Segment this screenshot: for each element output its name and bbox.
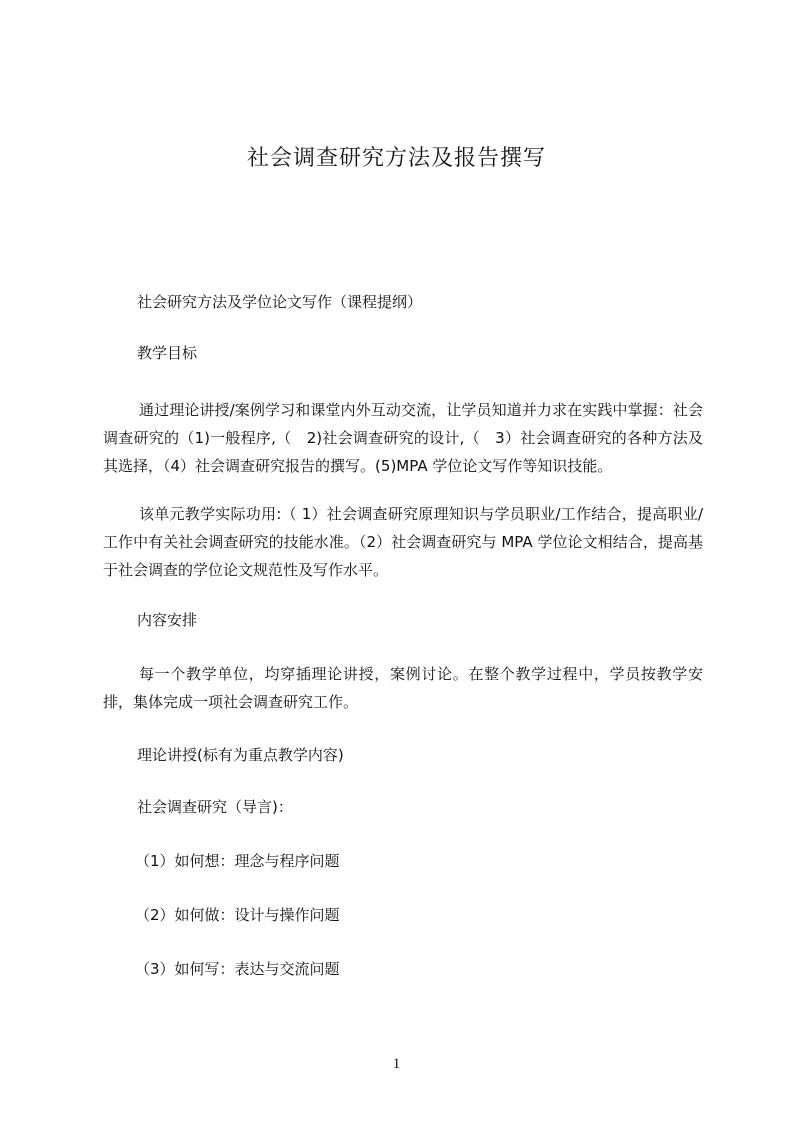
content-paragraph: 每一个教学单位，均穿插理论讲授，案例讨论。在整个教学过程中，学员按教学安排，集体…: [103, 660, 703, 716]
heading-introduction: 社会调查研究（导言)：: [137, 797, 293, 817]
list-item: （1）如何想：理念与程序问题: [135, 851, 340, 871]
course-outline-subtitle: 社会研究方法及学位论文写作（课程提纲）: [137, 292, 422, 312]
heading-theory-lectures: 理论讲授(标有为重点教学内容): [137, 745, 344, 765]
heading-teaching-objectives: 教学目标: [137, 343, 197, 363]
objectives-paragraph: 通过理论讲授/案例学习和课堂内外互动交流，让学员知道并力求在实践中掌握：社会调查…: [103, 396, 703, 480]
function-paragraph: 该单元教学实际功用:（ 1）社会调查研究原理知识与学员职业/工作结合，提高职业/…: [103, 500, 703, 584]
list-item: （2）如何做：设计与操作问题: [135, 905, 340, 925]
list-item: （3）如何写：表达与交流问题: [135, 959, 340, 979]
document-title: 社会调查研究方法及报告撰写: [0, 141, 793, 172]
heading-content-arrangement: 内容安排: [137, 610, 197, 630]
page-number: 1: [0, 1056, 793, 1073]
